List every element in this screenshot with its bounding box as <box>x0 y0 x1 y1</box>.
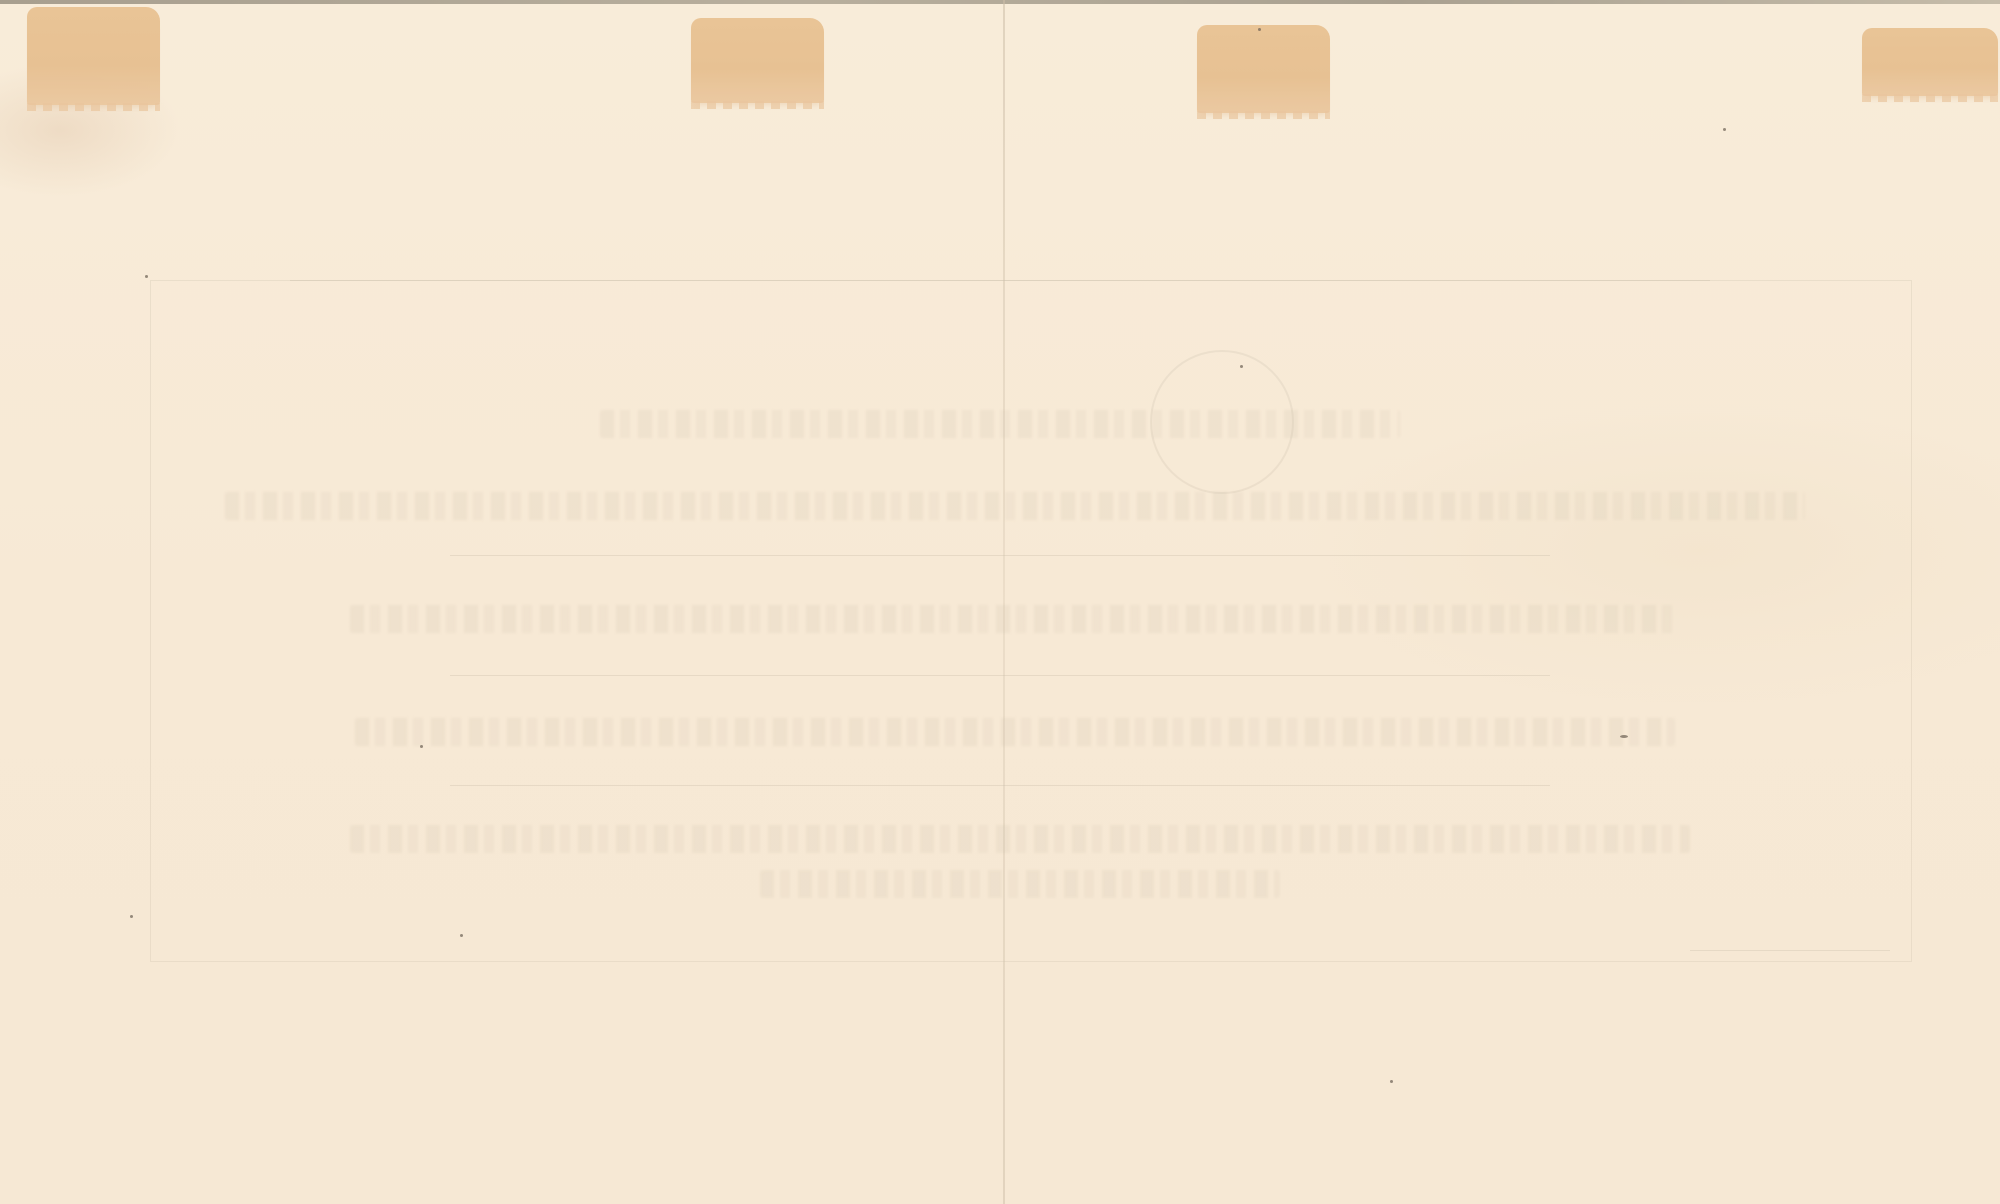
bleed-through-text-line <box>350 605 1680 633</box>
bleed-through-text-line <box>600 410 1400 438</box>
paper-speck <box>1240 365 1243 368</box>
tape-residue-3 <box>1197 25 1330 113</box>
bleed-through-text-line <box>350 825 1690 853</box>
paper-speck <box>1258 28 1261 31</box>
paper-speck <box>1390 1080 1393 1083</box>
bleed-through-text-line <box>760 870 1280 898</box>
bleed-through-text-line <box>225 492 1805 520</box>
paper-speck <box>460 934 463 937</box>
faint-rule <box>450 555 1550 556</box>
faint-rule <box>450 675 1550 676</box>
paper-speck <box>420 745 423 748</box>
faint-rule <box>290 280 1710 281</box>
bleed-through-text-line <box>355 718 1675 746</box>
paper-speck <box>1723 128 1726 131</box>
tape-residue-2 <box>691 18 824 103</box>
paper-top-edge <box>0 0 2000 4</box>
scanned-paper-back <box>0 0 2000 1204</box>
faint-rule <box>1690 950 1890 951</box>
tape-residue-4 <box>1862 28 1998 96</box>
paper-speck <box>145 275 148 278</box>
paper-speck <box>130 915 133 918</box>
tape-residue-1 <box>27 7 160 105</box>
faint-rule <box>450 785 1550 786</box>
paper-speck <box>1620 735 1628 738</box>
